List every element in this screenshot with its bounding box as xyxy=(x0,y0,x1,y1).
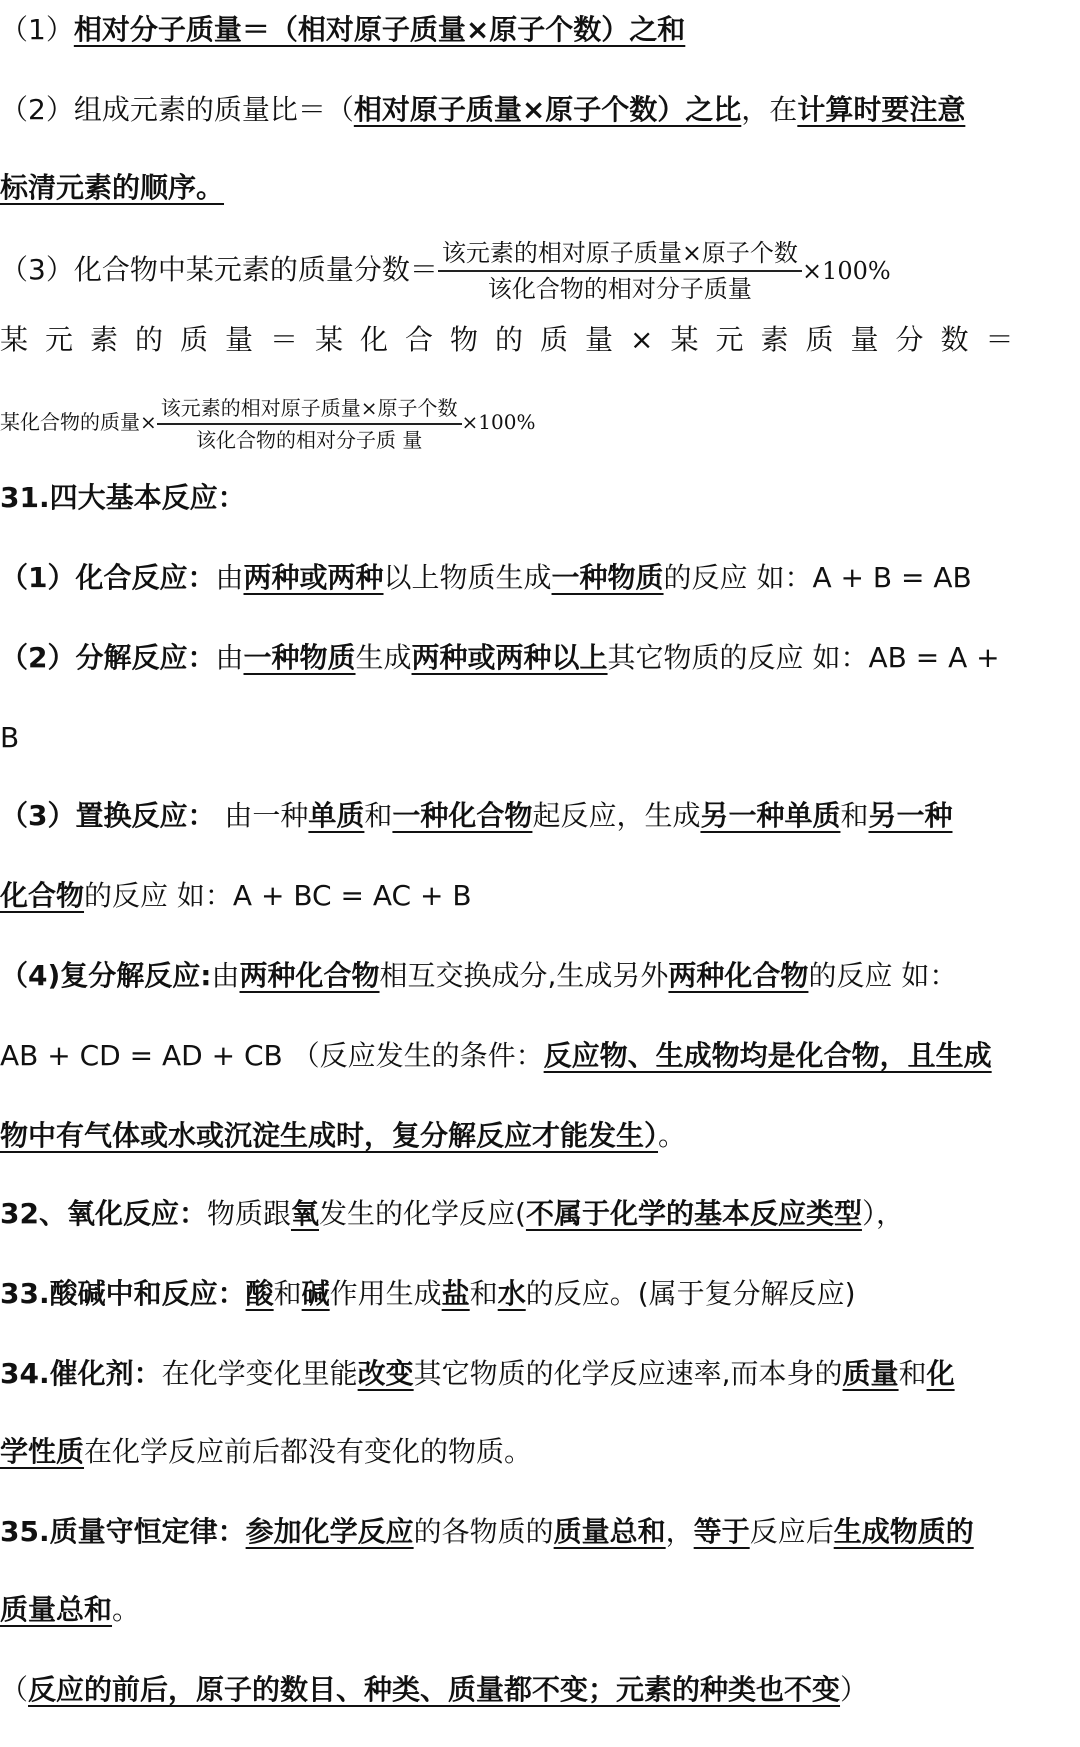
reaction-displacement-cont: 化合物的反应 如：A + BC = AC + B xyxy=(0,876,1080,916)
section-34-cont: 学性质在化学反应前后都没有变化的物质。 xyxy=(0,1432,1080,1472)
section-31-title: 31.四大基本反应： xyxy=(0,478,1080,518)
denominator: 该化合物的相对分子质 量 xyxy=(157,425,462,453)
denominator: 该化合物的相对分子质量 xyxy=(438,272,802,304)
section-heading: 32、氧化反应： xyxy=(0,1197,207,1230)
underlined-phrase: 碱 xyxy=(302,1277,330,1310)
fraction: 该元素的相对原子质量×原子个数该化合物的相对分子质量 xyxy=(438,238,802,304)
underlined-phrase: 酸 xyxy=(246,1277,274,1310)
reaction-decomposition: （2）分解反应：由一种物质生成两种或两种以上其它物质的反应 如：AB = A + xyxy=(0,638,1080,678)
percent-factor: ×100% xyxy=(802,257,891,285)
underlined-phrase: 质量 xyxy=(843,1357,899,1390)
underlined-phrase: 化合物 xyxy=(0,879,84,912)
section-heading: 34.催化剂： xyxy=(0,1357,162,1390)
underlined-phrase: 不属于化学的基本反应类型 xyxy=(526,1197,862,1230)
formula-line-2-cont: 标清元素的顺序。 xyxy=(0,168,1080,208)
underlined-phrase: 盐 xyxy=(442,1277,470,1310)
element-mass-expanded: 某化合物的质量×该元素的相对原子质量×原子个数该化合物的相对分子质 量×100% xyxy=(0,392,1080,452)
reaction-double-displacement: （4)复分解反应:由两种化合物相互交换成分,生成另外两种化合物的反应 如： xyxy=(0,956,1080,996)
section-35-note: （反应的前后，原子的数目、种类、质量都不变；元素的种类也不变） xyxy=(0,1670,1080,1710)
underlined-phrase: 改变 xyxy=(358,1357,414,1390)
section-34-catalyst: 34.催化剂：在化学变化里能改变其它物质的化学反应速率,而本身的质量和化 xyxy=(0,1354,1080,1394)
underlined-phrase: 物中有气体或水或沉淀生成时，复分解反应才能发生） xyxy=(0,1119,658,1152)
underlined-phrase: 反应的前后，原子的数目、种类、质量都不变；元素的种类也不变 xyxy=(28,1673,840,1706)
relative-molecular-mass-rule: 相对分子质量＝（相对原子质量×原子个数）之和 xyxy=(74,13,685,46)
underlined-phrase: 一种物质 xyxy=(552,561,664,594)
underlined-phrase: 标清元素的顺序。 xyxy=(0,171,224,204)
underlined-phrase: 一种物质 xyxy=(244,641,356,674)
underlined-phrase: 两种或两种 xyxy=(244,561,384,594)
text-span: （3）化合物中某元素的质量分数＝ xyxy=(0,253,438,286)
underlined-phrase: 质量总和 xyxy=(0,1593,112,1626)
underlined-phrase: 质量总和 xyxy=(554,1515,666,1548)
underlined-phrase: 化 xyxy=(927,1357,955,1390)
underlined-phrase: 相对原子质量×原子个数）之比 xyxy=(354,93,741,126)
formula-line-2: （2）组成元素的质量比＝（相对原子质量×原子个数）之比，在计算时要注意 xyxy=(0,90,1080,130)
percent-factor: ×100% xyxy=(462,410,536,434)
section-35-cont: 质量总和。 xyxy=(0,1590,1080,1630)
underlined-phrase: 生成物质的 xyxy=(834,1515,974,1548)
underlined-phrase: 另一种 xyxy=(868,799,952,832)
term-label: （2）分解反应： xyxy=(0,641,215,674)
reaction-double-displacement-cont2: 物中有气体或水或沉淀生成时，复分解反应才能发生）。 xyxy=(0,1116,1080,1156)
reaction-combination: （1）化合反应：由两种或两种以上物质生成一种物质的反应 如：A + B = AB xyxy=(0,558,1080,598)
numerator: 该元素的相对原子质量×原子个数 xyxy=(438,238,802,272)
section-33-neutralization: 33.酸碱中和反应：酸和碱作用生成盐和水的反应。(属于复分解反应) xyxy=(0,1274,1080,1314)
underlined-phrase: 计算时要注意 xyxy=(797,93,965,126)
section-heading: 35.质量守恒定律： xyxy=(0,1515,246,1548)
text-span: 某元素的质量＝某化合物的质量×某元素质量分数＝ xyxy=(0,323,1030,356)
reaction-double-displacement-cont: AB + CD = AD + CB （反应发生的条件：反应物、生成物均是化合物，… xyxy=(0,1036,1080,1076)
numerator: 该元素的相对原子质量×原子个数 xyxy=(157,395,462,425)
underlined-phrase: 参加化学反应 xyxy=(246,1515,414,1548)
underlined-phrase: 两种化合物 xyxy=(668,959,808,992)
underlined-phrase: 两种化合物 xyxy=(240,959,380,992)
term-label: （3）置换反应： xyxy=(0,799,215,832)
underlined-phrase: 一种化合物 xyxy=(392,799,532,832)
term-label: （4)复分解反应: xyxy=(0,959,211,992)
text-span: 某化合物的质量× xyxy=(0,410,157,434)
underlined-phrase: 单质 xyxy=(308,799,364,832)
reaction-decomposition-cont: B xyxy=(0,718,1080,758)
section-heading: 31.四大基本反应： xyxy=(0,481,246,514)
element-mass-formula: 某元素的质量＝某化合物的质量×某元素质量分数＝ xyxy=(0,320,1080,360)
fraction: 该元素的相对原子质量×原子个数该化合物的相对分子质 量 xyxy=(157,395,462,453)
underlined-phrase: 反应物、生成物均是化合物，且生成 xyxy=(544,1039,992,1072)
reaction-displacement: （3）置换反应： 由一种单质和一种化合物起反应，生成另一种单质和另一种 xyxy=(0,796,1080,836)
section-35-conservation: 35.质量守恒定律：参加化学反应的各物质的质量总和，等于反应后生成物质的 xyxy=(0,1512,1080,1552)
text-span: （2）组成元素的质量比＝（ xyxy=(0,93,354,126)
formula-line-1: （1）相对分子质量＝（相对原子质量×原子个数）之和 xyxy=(0,10,1080,50)
term-label: （1）化合反应： xyxy=(0,561,215,594)
underlined-phrase: 等于 xyxy=(694,1515,750,1548)
underlined-phrase: 两种或两种以上 xyxy=(412,641,608,674)
text-span: ，在 xyxy=(741,93,797,126)
mass-fraction-formula: （3）化合物中某元素的质量分数＝该元素的相对原子质量×原子个数该化合物的相对分子… xyxy=(0,238,1080,298)
underlined-phrase: 水 xyxy=(498,1277,526,1310)
underlined-phrase: 学性质 xyxy=(0,1435,84,1468)
item-number: （1） xyxy=(0,13,74,46)
underlined-phrase: 氧 xyxy=(291,1197,319,1230)
underlined-phrase: 另一种单质 xyxy=(700,799,840,832)
section-32-oxidation: 32、氧化反应：物质跟氧发生的化学反应(不属于化学的基本反应类型）， xyxy=(0,1194,1080,1234)
section-heading: 33.酸碱中和反应： xyxy=(0,1277,246,1310)
